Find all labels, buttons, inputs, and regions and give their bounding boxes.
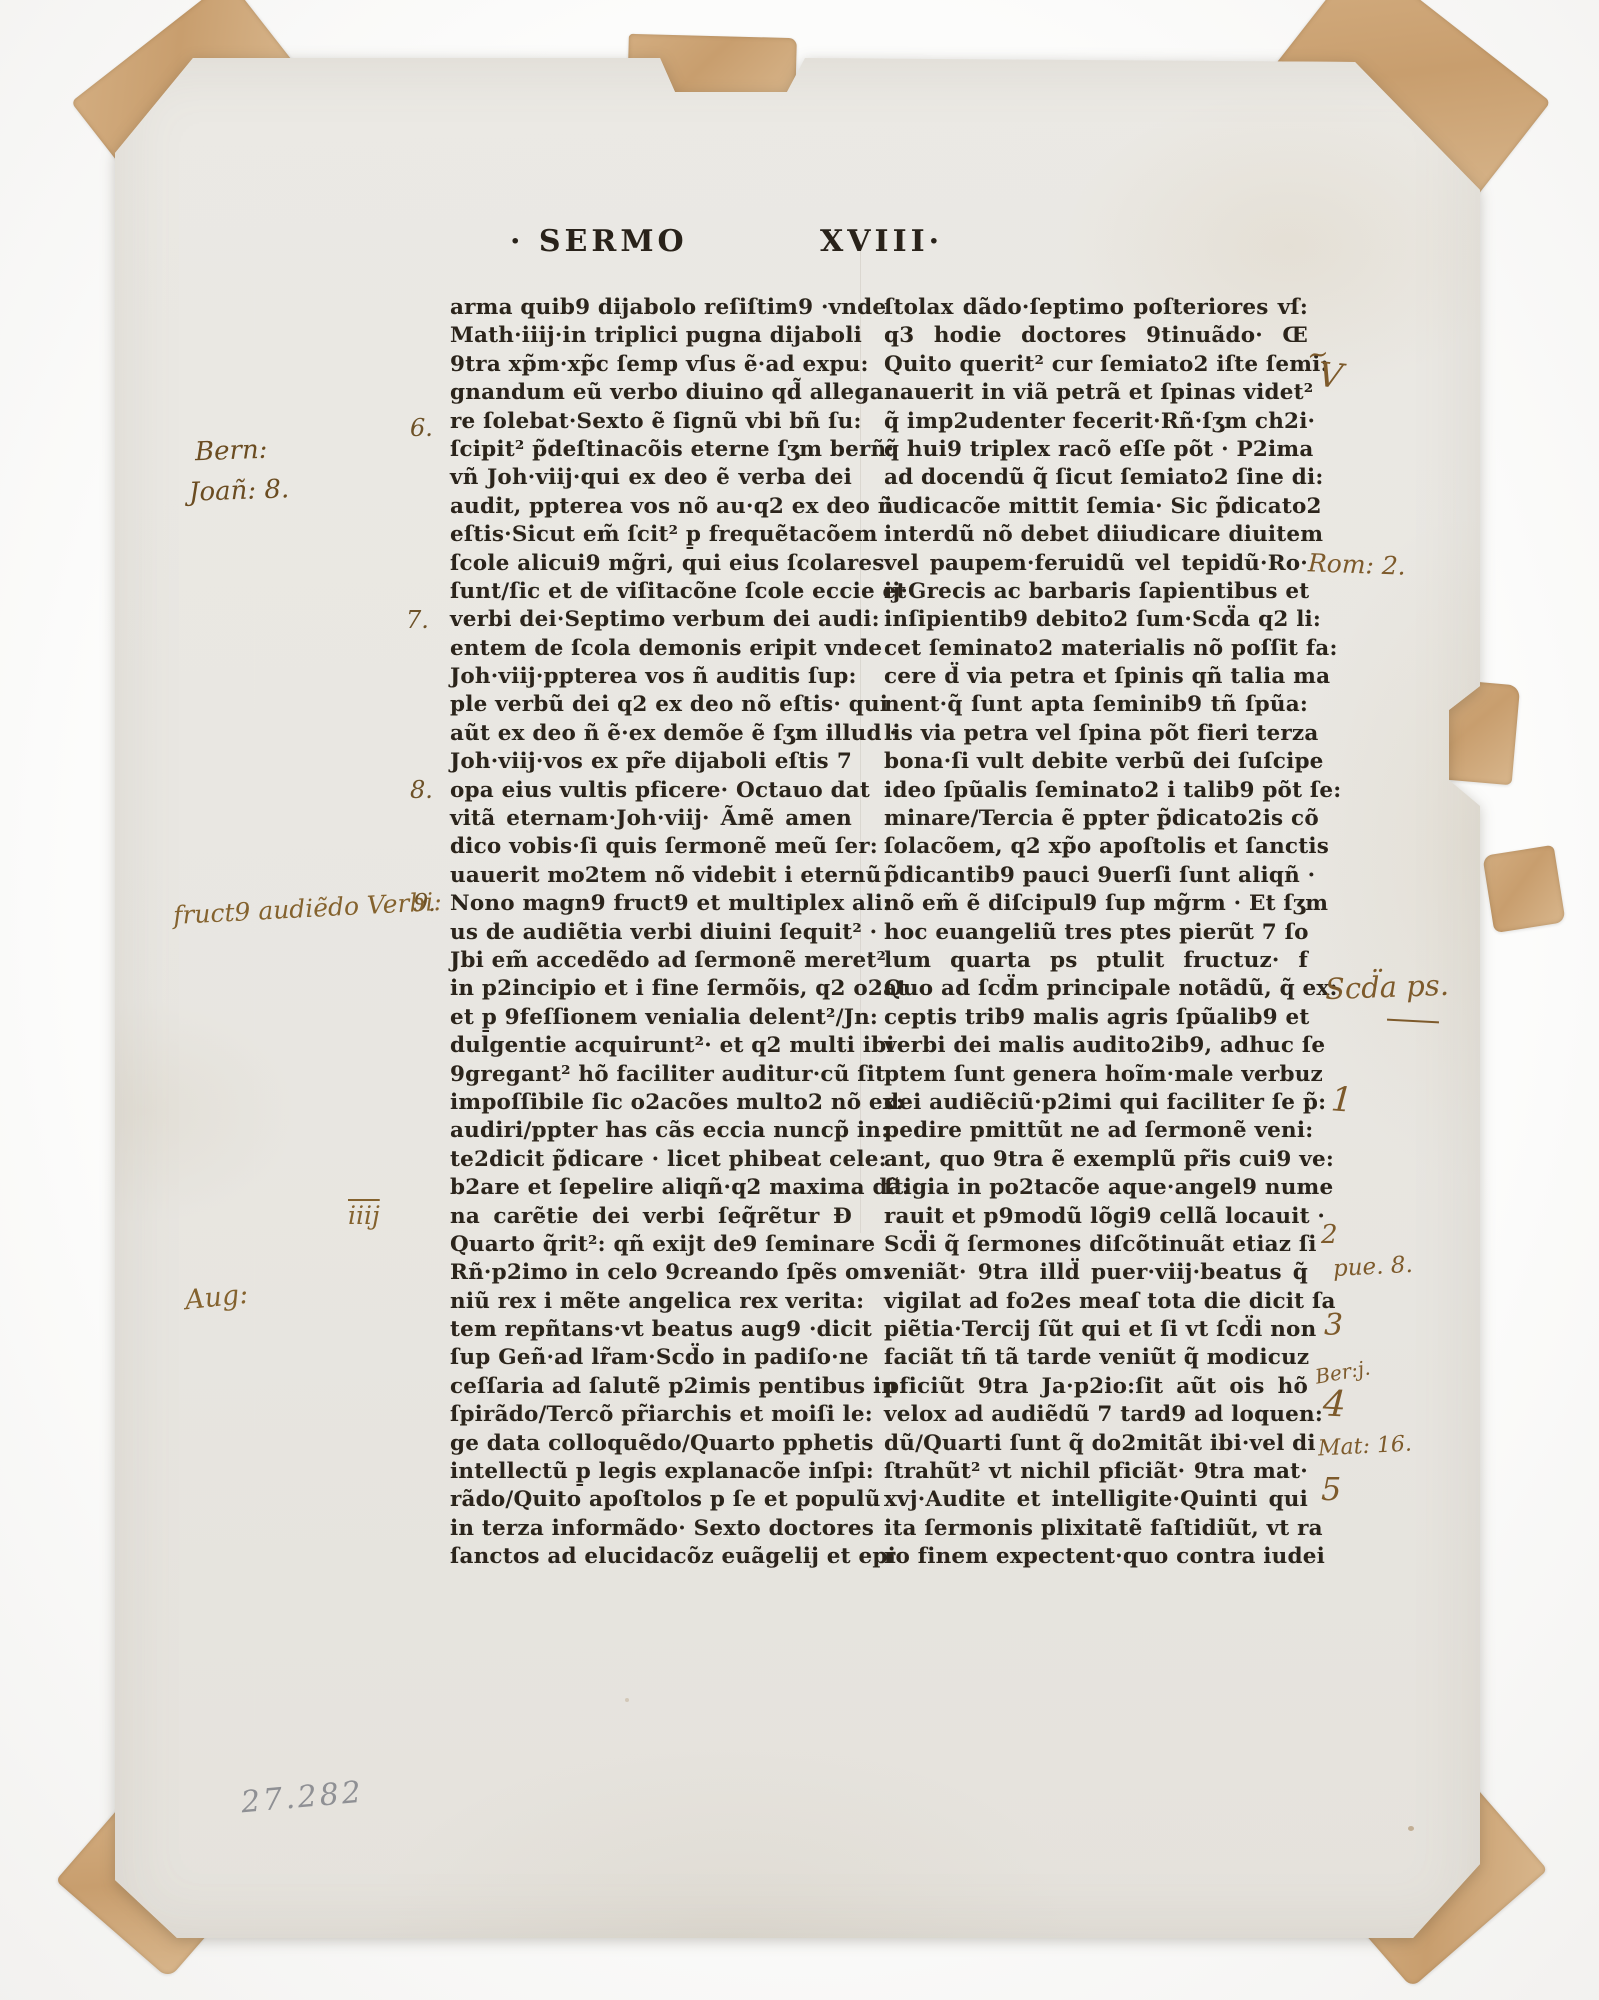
annotation-number-7: 7. bbox=[406, 606, 429, 634]
annotation-aug: Aug: bbox=[184, 1279, 250, 1316]
text-line: rauit et p9modũ lõgi9 cellã locauit · bbox=[884, 1203, 1308, 1231]
text-line: ij·Grecis ac barbaris ſapientibus et bbox=[884, 578, 1308, 606]
text-line: ideo ſpũalis ſeminato2 i talib9 põt ſe: bbox=[884, 777, 1308, 805]
text-line: q̃ imp2udenter fecerit·Rñ·ſʒm ch2i· bbox=[884, 408, 1308, 436]
text-line: Scd̈i q̃ ſermones diſcõtinuãt etiaz ſi bbox=[884, 1231, 1308, 1259]
annotation-number-6: 6. bbox=[410, 414, 433, 442]
text-line: dico vobis·ſi quis ſermonẽ meũ ſer: bbox=[450, 833, 852, 861]
text-line: ſup Geñ·ad lr̃am·Scd̈o in padiſo·ne bbox=[450, 1344, 852, 1372]
foxing-speck bbox=[1408, 1826, 1414, 1831]
text-line: impoſſibile ſic o2acões multo2 nõ ex: bbox=[450, 1089, 852, 1117]
text-line: 9tra xp̃m·xp̃c ſemp vſus ẽ·ad expu: bbox=[450, 351, 852, 379]
text-line: ſpirãdo/Tercõ pr̃iarchis et moiſi le: bbox=[450, 1401, 852, 1429]
text-line: arma quib9 dijabolo reſiſtim9 ·vnde bbox=[450, 294, 852, 322]
text-line: ceſſaria ad ſalutẽ p2imis pentibus in bbox=[450, 1373, 852, 1401]
text-line: ſtrahũt² vt nichil pficiãt· 9tra mat· bbox=[884, 1458, 1308, 1486]
text-line: q3 hodie doctores 9tinuãdo· Œ bbox=[884, 322, 1308, 350]
text-line: ſcipit² p̃deſtinacõis eterne ſʒm berñ· bbox=[450, 436, 852, 464]
text-column-left: arma quib9 dijabolo reſiſtim9 ·vndeMath·… bbox=[450, 294, 852, 1572]
text-line: aũt ex deo ñ ẽ·ex demõe ẽ ſʒm illud · bbox=[450, 720, 852, 748]
text-line: vel paupem·feruidũ vel tepidũ·Ro· bbox=[884, 550, 1308, 578]
text-line: na carẽtie dei verbi ſeq̃rẽtur Ð bbox=[450, 1203, 852, 1231]
text-line: 9gregant² hõ faciliter auditur·cũ ſit bbox=[450, 1061, 852, 1089]
annotation-number-2: 2 bbox=[1321, 1220, 1338, 1250]
text-line: nauerit in viã petrã et ſpinas videt² bbox=[884, 379, 1308, 407]
text-line: vñ Joh·viij·qui ex deo ẽ verba dei bbox=[450, 464, 852, 492]
text-line: rãdo/Quito apoſtolos p ſe et populũ bbox=[450, 1486, 852, 1514]
text-line: cere d̈ via petra et ſpinis qñ talia ma bbox=[884, 663, 1308, 691]
pencil-collection-number: 27.282 bbox=[240, 1775, 366, 1821]
text-line: Nono magn9 fruct9 et multiplex ali: bbox=[450, 890, 852, 918]
text-line: b2are et ſepelire aliqñ·q2 maxima dã: bbox=[450, 1174, 852, 1202]
text-line: nent·q̃ ſunt apta ſeminib9 tñ ſpũa: bbox=[884, 691, 1308, 719]
text-line: pedire pmittũt ne ad ſermonẽ veni: bbox=[884, 1117, 1308, 1145]
annotation-number-5: 5 bbox=[1321, 1470, 1341, 1508]
text-line: Math·iiij·in triplici pugna dijaboli bbox=[450, 322, 852, 350]
text-line: intellectũ p̱ legis explanacõe inſpi: bbox=[450, 1458, 852, 1486]
text-line: Joh·viij·ppterea vos ñ auditis ſup: bbox=[450, 663, 852, 691]
annotation-v: V bbox=[1316, 355, 1345, 397]
text-line: ſolacõem, q2 xp̃o apoſtolis et ſanctis bbox=[884, 833, 1308, 861]
text-line: niũ rex i mẽte angelica rex verita: bbox=[450, 1288, 852, 1316]
annotation-scda-ps: Scd̈a ps. bbox=[1324, 968, 1449, 1006]
text-line: Quito querit² cur ſemiato2 iſte ſemi: bbox=[884, 351, 1308, 379]
running-title-sermo: · SERMO bbox=[510, 224, 688, 259]
annotation-number-8: 8. bbox=[410, 776, 433, 804]
text-line: interdũ nõ debet diiudicare diuitem bbox=[884, 521, 1308, 549]
text-line: te2dicit p̃dicare · licet phibeat cele: bbox=[450, 1146, 852, 1174]
text-line: vigilat ad fo2es meaſ tota die dicit ſa bbox=[884, 1288, 1308, 1316]
text-line: re ſolebat·Sexto ẽ ſignũ vbi bñ ſu: bbox=[450, 408, 852, 436]
photo-backdrop: · SERMO XVIII· arma quib9 dijabolo reſiſ… bbox=[0, 0, 1599, 2000]
text-line: bona·ſi vult debite verbũ dei ſuſcipe bbox=[884, 748, 1308, 776]
text-line: minare/Tercia ẽ ppter p̃dicato2is cõ bbox=[884, 805, 1308, 833]
annotation-rom-2: Rom: 2. bbox=[1308, 548, 1407, 580]
text-line: ant, quo 9tra ẽ exemplũ pr̃is cui9 ve: bbox=[884, 1146, 1308, 1174]
text-line: verbi dei malis audito2ib9, adhuc ſe bbox=[884, 1032, 1308, 1060]
annotation-fructus-audiendo: fruct9 audiẽdo Verbi: bbox=[172, 887, 442, 930]
text-line: piẽtia·Tercij ſũt qui et ſi vt ſcd̈i non bbox=[884, 1316, 1308, 1344]
text-line: faciãt tñ tã tarde veniũt q̃ modicuz bbox=[884, 1344, 1308, 1372]
text-line: Quarto q̃rit²: qñ exijt de9 ſeminare bbox=[450, 1231, 852, 1259]
text-line: Rñ·p2imo in celo 9creando ſpẽs om: bbox=[450, 1259, 852, 1287]
text-line: inſipientib9 debito2 ſum·Scd̈a q2 li: bbox=[884, 606, 1308, 634]
text-line: ſtigia in po2tacõe aque·angel9 nume bbox=[884, 1174, 1308, 1202]
text-line: veniãt· 9tra illd̈ puer·viij·beatus q̃ bbox=[884, 1259, 1308, 1287]
text-line: in terza informãdo· Sexto doctores bbox=[450, 1515, 852, 1543]
incunable-leaf: · SERMO XVIII· arma quib9 dijabolo reſiſ… bbox=[115, 58, 1480, 1938]
text-line: Quo ad ſcd̈m principale notãdũ, q̃ ex: bbox=[884, 975, 1308, 1003]
text-line: hoc euangeliũ tres ptes pierũt 7 ſo bbox=[884, 919, 1308, 947]
text-line: gnandum eũ verbo diuino qd̃ allega bbox=[450, 379, 852, 407]
text-line: entem de ſcola demonis eripit vnde bbox=[450, 635, 852, 663]
text-line: iudicacõe mittit ſemia· Sic p̃dicato2 bbox=[884, 493, 1308, 521]
text-line: audit, ppterea vos nõ au·q2 ex deo ñ bbox=[450, 493, 852, 521]
annotation-pue-8: pue. 8. bbox=[1332, 1252, 1413, 1282]
text-line: ple verbũ dei q2 ex deo nõ eſtis· qui bbox=[450, 691, 852, 719]
text-line: verbi dei·Septimo verbum dei audi: bbox=[450, 606, 852, 634]
annotation-number-4: 4 bbox=[1322, 1383, 1347, 1425]
text-line: opa eius vultis pficere· Octauo dat bbox=[450, 777, 852, 805]
text-line: xvj·Audite et intelligite·Quinti qui bbox=[884, 1486, 1308, 1514]
foxing-speck bbox=[625, 1698, 629, 1702]
text-line: vitã eternam·Joh·viij· Ãmẽ amen bbox=[450, 805, 852, 833]
underline-mark bbox=[1387, 1019, 1439, 1024]
text-line: us de audiẽtia verbi diuini ſequit² · bbox=[450, 919, 852, 947]
annotation-number-1: 1 bbox=[1330, 1079, 1354, 1120]
text-line: ſunt/ſic et de viſitacõne ſcole eccie et bbox=[450, 578, 852, 606]
text-line: ſtolax dãdo·ſeptimo poſteriores vſ: bbox=[884, 294, 1308, 322]
text-line: audiri/ppter has cãs eccia nuncp̃ in: bbox=[450, 1117, 852, 1145]
text-line: ſcole alicui9 mg̃ri, qui eius ſcolares bbox=[450, 550, 852, 578]
text-line: ceptis trib9 malis agris ſpũalib9 et bbox=[884, 1004, 1308, 1032]
text-line: q̃ hui9 triplex racõ eſſe põt · P2ima bbox=[884, 436, 1308, 464]
text-line: uauerit mo2tem nõ videbit i eternũ bbox=[450, 862, 852, 890]
text-line: ſanctos ad elucidacõz euãgelij et epi bbox=[450, 1543, 852, 1571]
text-line: dũ/Quarti ſunt q̃ do2mitãt ibi·vel di bbox=[884, 1430, 1308, 1458]
text-line: Jbi em̃ accedẽdo ad ſermonẽ meret² bbox=[450, 947, 852, 975]
text-line: ad docendũ q̃ ſicut ſemiato2 ſine di: bbox=[884, 464, 1308, 492]
text-line: pficiũt 9tra Ja·p2io:ſit aũt ois hõ bbox=[884, 1373, 1308, 1401]
text-line: ge data colloquẽdo/Quarto pphetis bbox=[450, 1430, 852, 1458]
text-line: lum quarta ps ptulit fructuz· f bbox=[884, 947, 1308, 975]
text-line: cet ſeminato2 materialis nõ poſſit fa: bbox=[884, 635, 1308, 663]
text-line: Joh·viij·vos ex pr̃e dijaboli eſtis 7 bbox=[450, 748, 852, 776]
text-line: in p2incipio et i fine ſermõis, q2 o2at bbox=[450, 975, 852, 1003]
text-line: lis via petra vel ſpina põt fieri terza bbox=[884, 720, 1308, 748]
text-line: tem repñtans·vt beatus aug9 ·dicit bbox=[450, 1316, 852, 1344]
text-line: nõ em̃ ẽ diſcipul9 ſup mg̃rm · Et ſʒm bbox=[884, 890, 1308, 918]
annotation-number-3: 3 bbox=[1324, 1308, 1343, 1343]
text-line: velox ad audiẽdũ 7 tard9 ad loquen: bbox=[884, 1401, 1308, 1429]
annotation-iiij: iiij bbox=[348, 1201, 380, 1230]
text-line: eſtis·Sicut em̃ ſcit² p̱ frequẽtacõem bbox=[450, 521, 852, 549]
annotation-mat-16: Mat: 16. bbox=[1317, 1432, 1412, 1462]
running-title-number: XVIII· bbox=[820, 224, 943, 259]
tape-right-lower bbox=[1482, 845, 1565, 933]
text-column-right: ſtolax dãdo·ſeptimo poſteriores vſ:q3 ho… bbox=[884, 294, 1308, 1572]
text-line: ptem ſunt genera hoĩm·male verbuz bbox=[884, 1061, 1308, 1089]
text-line: dei audiẽciũ·p2imi qui faciliter ſe p̃: bbox=[884, 1089, 1308, 1117]
text-line: ita ſermonis plixitatẽ faſtidiũt, vt ra bbox=[884, 1515, 1308, 1543]
text-line: dulgentie acquirunt²· et q2 multi ibi bbox=[450, 1032, 852, 1060]
text-line: p̃dicantib9 pauci 9uerſi ſunt aliqñ · bbox=[884, 862, 1308, 890]
annotation-bern: Bern: bbox=[194, 435, 267, 468]
text-line: ro finem expectent·quo contra iudei bbox=[884, 1543, 1308, 1571]
annotation-joan-8: Joañ: 8. bbox=[189, 474, 290, 507]
text-line: et p̱ 9feſſionem venialia delent²/Jn: bbox=[450, 1004, 852, 1032]
